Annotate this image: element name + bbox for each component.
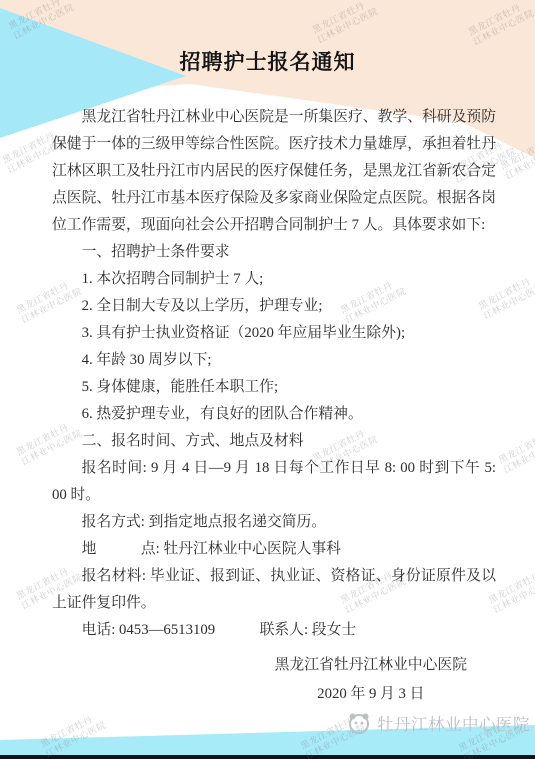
requirement-item: 3. 具有护士执业资格证（2020 年应届毕业生除外); [52,320,496,347]
intro-paragraph: 黑龙江省牡丹江林业中心医院是一所集医疗、教学、科研及预防保健于一体的三级甲等综合… [52,104,496,239]
registration-method-line: 报名方式: 到指定地点报名递交简历。 [52,509,496,536]
requirement-item: 4. 年龄 30 周岁以下; [52,347,496,374]
requirement-item: 5. 身体健康，能胜任本职工作; [52,374,496,401]
section2-heading: 二、报名时间、方式、地点及材料 [52,428,496,455]
signature-date: 2020 年 9 月 3 日 [275,679,467,709]
watermark-text: 黑龙江省牡丹江林业中心医院 [497,426,535,475]
contact-line: 电话: 0453—6513109 联系人: 段女士 [52,617,496,644]
signature-block: 黑龙江省牡丹江林业中心医院 2020 年 9 月 3 日 [275,652,467,709]
notice-page: 黑龙江省牡丹江林业中心医院黑龙江省牡丹江林业中心医院黑龙江省牡丹江林业中心医院黑… [0,0,535,759]
requirement-item: 2. 全日制大专及以上学历，护理专业; [52,293,496,320]
notice-content: 黑龙江省牡丹江林业中心医院是一所集医疗、教学、科研及预防保健于一体的三级甲等综合… [52,104,496,709]
footer-logo: 牡丹江林业中心医院 [346,710,530,736]
notice-title: 招聘护士报名通知 [0,46,535,76]
registration-time-line: 报名时间: 9 月 4 日—9 月 18 日每个工作日早 8: 00 时到下午 … [52,455,496,509]
registration-materials-line: 报名材料: 毕业证、报到证、执业证、资格证、身份证原件及以上证件复印件。 [52,563,496,617]
footer-logo-label: 牡丹江林业中心医院 [377,711,530,735]
section1-heading: 一、招聘护士条件要求 [52,239,496,266]
hospital-logo-icon [346,710,372,736]
requirement-item: 6. 热爱护理专业，有良好的团队合作精神。 [52,401,496,428]
requirement-item: 1. 本次招聘合同制护士 7 人; [52,266,496,293]
bottom-dark-bar [0,755,535,759]
signature-org: 黑龙江省牡丹江林业中心医院 [275,652,467,679]
registration-place-line: 地 点: 牡丹江林业中心医院人事科 [52,536,496,563]
